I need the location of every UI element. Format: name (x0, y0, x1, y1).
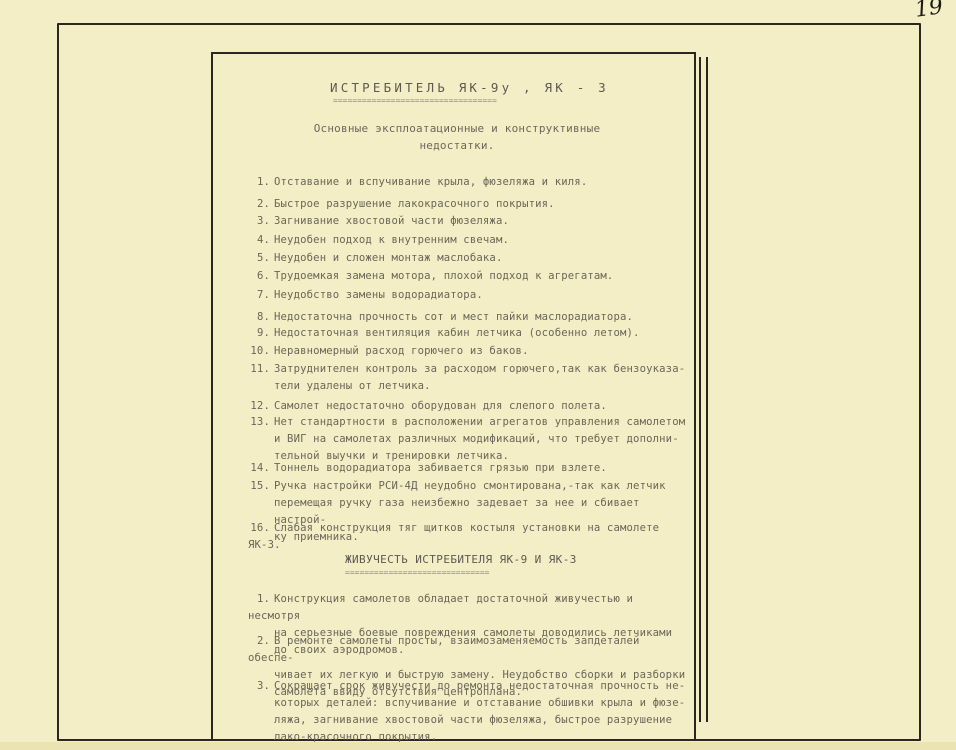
item-number: 3. (248, 213, 270, 230)
item-text: Неудобен и сложен монтаж маслобака. (274, 252, 502, 264)
item-number: 14. (248, 460, 270, 477)
defect-item: 1.Отставание и вспучивание крыла, фюзеля… (248, 174, 688, 191)
item-text: Отставание и вспучивание крыла, фюзеляжа… (274, 176, 587, 188)
item-number: 15. (248, 478, 270, 495)
defect-item: 6.Трудоемкая замена мотора, плохой подхо… (248, 268, 688, 285)
item-number: 2. (248, 196, 270, 213)
item-number: 16. (248, 520, 270, 537)
item-number: 1. (248, 591, 270, 608)
item-text-continuation: ляжа, загнивание хвостовой части фюзеляж… (248, 712, 688, 729)
defect-item: 2.Быстрое разрушение лакокрасочного покр… (248, 196, 688, 213)
item-text-continuation: тели удалены от летчика. (248, 378, 688, 395)
defect-item: 8.Недостаточна прочность сот и мест пайк… (248, 309, 688, 326)
document: ИСТРЕБИТЕЛЬ ЯК-9у , ЯК - 3 =============… (0, 0, 956, 750)
item-number: 11. (248, 361, 270, 378)
item-text-continuation: которых деталей: вспучивание и отставани… (248, 695, 688, 712)
item-number: 4. (248, 232, 270, 249)
document-title: ИСТРЕБИТЕЛЬ ЯК-9у , ЯК - 3 (330, 80, 609, 95)
item-number: 13. (248, 414, 270, 431)
item-text: Слабая конструкция тяг щитков костыля ус… (248, 522, 659, 551)
item-text: Неудобство замены водорадиатора. (274, 289, 483, 301)
item-number: 6. (248, 268, 270, 285)
defect-item: 16.Слабая конструкция тяг щитков костыля… (248, 520, 688, 554)
item-text: Затруднителен контроль за расходом горюч… (274, 363, 685, 375)
defect-item: 4.Неудобен подход к внутренним свечам. (248, 232, 688, 249)
defect-item: 13.Нет стандартности в расположении агре… (248, 414, 688, 465)
item-text: В ремонте самолеты просты, взаимозаменяе… (248, 635, 640, 664)
item-text: Загнивание хвостовой части фюзеляжа. (274, 215, 509, 227)
item-number: 12. (248, 398, 270, 415)
item-text: Неравномерный расход горючего из баков. (274, 345, 529, 357)
item-text: Трудоемкая замена мотора, плохой подход … (274, 270, 613, 282)
defect-item: 12.Самолет недостаточно оборудован для с… (248, 398, 688, 415)
defect-item: 11.Затруднителен контроль за расходом го… (248, 361, 688, 395)
defect-item: 14.Тоннель водорадиатора забивается гряз… (248, 460, 688, 477)
item-number: 9. (248, 325, 270, 342)
section-title-survivability: ЖИВУЧЕСТЬ ИСТРЕБИТЕЛЯ ЯК-9 И ЯК-3 (345, 553, 577, 566)
section-title-underline: ============================== (345, 568, 573, 577)
item-text: Быстрое разрушение лакокрасочного покрыт… (274, 198, 555, 210)
document-subtitle: Основные эксплоатационные и конструктивн… (292, 120, 622, 154)
item-text: Тоннель водорадиатора забивается грязью … (274, 462, 607, 474)
title-underline: ================================== (333, 96, 578, 105)
defect-item: 9.Недостаточная вентиляция кабин летчика… (248, 325, 688, 342)
item-text: Нет стандартности в расположении агрегат… (274, 416, 685, 428)
item-text: Ручка настройки РСИ-4Д неудобно смонтиро… (274, 480, 666, 492)
item-number: 7. (248, 287, 270, 304)
defect-item: 10.Неравномерный расход горючего из бако… (248, 343, 688, 360)
item-number: 3. (248, 678, 270, 695)
defect-item: 3.Загнивание хвостовой части фюзеляжа. (248, 213, 688, 230)
item-text: Конструкция самолетов обладает достаточн… (248, 593, 633, 622)
item-text: Недостаточная вентиляция кабин летчика (… (274, 327, 640, 339)
item-text: Недостаточна прочность сот и мест пайки … (274, 311, 633, 323)
item-number: 1. (248, 174, 270, 191)
item-number: 10. (248, 343, 270, 360)
item-number: 8. (248, 309, 270, 326)
defect-item: 5.Неудобен и сложен монтаж маслобака. (248, 250, 688, 267)
item-text: Сокращает срок живучести до ремонта недо… (274, 680, 685, 692)
item-number: 5. (248, 250, 270, 267)
survivability-item: 3.Сокращает срок живучести до ремонта не… (248, 678, 688, 746)
item-text: Неудобен подход к внутренним свечам. (274, 234, 509, 246)
item-text-continuation: лако-красочного покрытия. (248, 729, 688, 746)
item-text-continuation: и ВИГ на самолетах различных модификаций… (248, 431, 688, 448)
defect-item: 7.Неудобство замены водорадиатора. (248, 287, 688, 304)
item-text: Самолет недостаточно оборудован для слеп… (274, 400, 607, 412)
item-number: 2. (248, 633, 270, 650)
